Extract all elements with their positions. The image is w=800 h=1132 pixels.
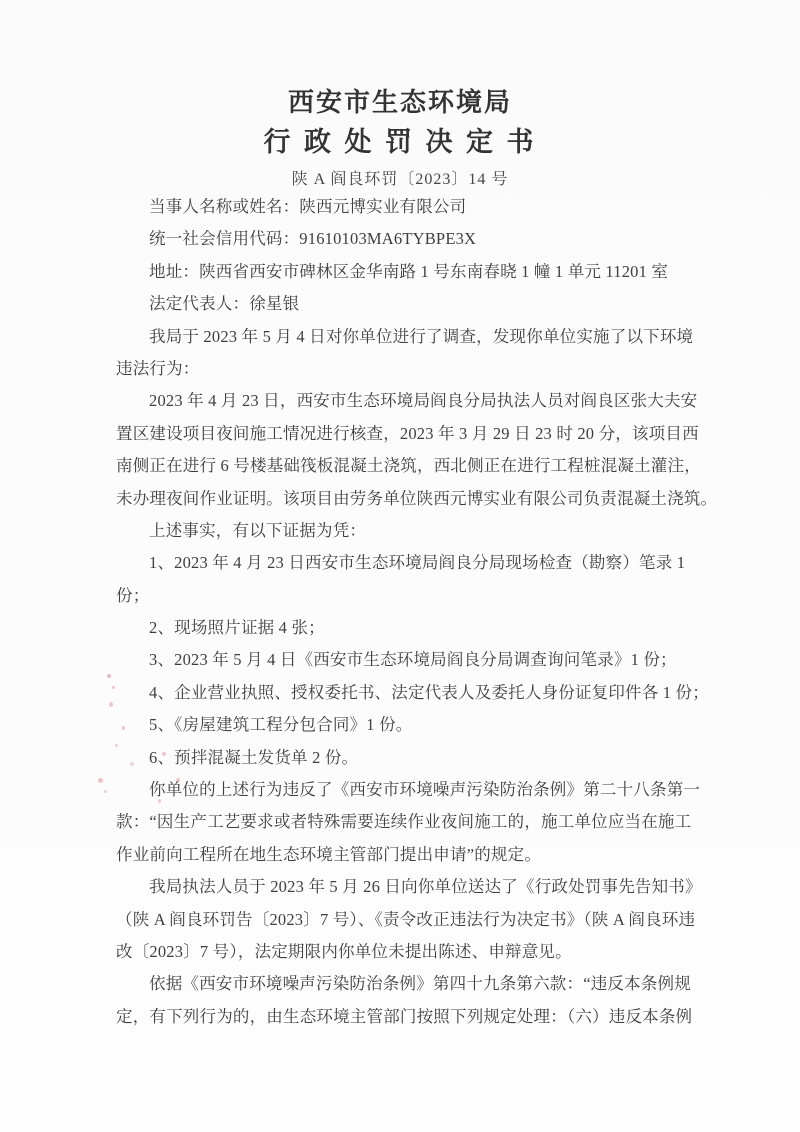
document-line: （陕 A 阎良环罚告〔2023〕7 号）、《责令改正违法行为决定书》（陕 A 阎… xyxy=(116,904,702,936)
document-line: 定，有下列行为的，由生态环境主管部门按照下列规定处理：（六）违反本条例 xyxy=(116,1001,702,1033)
document-line: 地址：陕西省西安市碑林区金华南路 1 号东南春晓 1 幢 1 单元 11201 … xyxy=(116,256,702,288)
document-header: 西安市生态环境局 行 政 处 罚 决 定 书 陕 A 阎良环罚〔2023〕14 … xyxy=(0,84,800,196)
red-ink-speckle xyxy=(104,790,107,793)
document-line: 2、现场照片证据 4 张； xyxy=(116,612,702,644)
document-line: 违法行为： xyxy=(116,353,702,385)
document-line: 款：“因生产工艺要求或者特殊需要连续作业夜间施工的，施工单位应当在施工 xyxy=(116,806,702,838)
document-line: 1、2023 年 4 月 23 日西安市生态环境局阎良分局现场检查（勘察）笔录 … xyxy=(116,547,702,579)
red-ink-speckle xyxy=(98,778,103,783)
red-ink-speckle xyxy=(107,674,111,678)
document-line: 改〔2023〕7 号），法定期限内你单位未提出陈述、申辩意见。 xyxy=(116,936,702,968)
document-line: 南侧正在进行 6 号楼基础筏板混凝土浇筑，西北侧正在进行工程桩混凝土灌注， xyxy=(116,450,702,482)
red-ink-speckle xyxy=(109,702,113,707)
document-line: 法定代表人：徐星银 xyxy=(116,288,702,320)
agency-name: 西安市生态环境局 xyxy=(0,84,800,120)
document-line: 上述事实，有以下证据为凭： xyxy=(116,515,702,547)
document-line: 当事人名称或姓名：陕西元博实业有限公司 xyxy=(116,191,702,223)
document-line: 我局执法人员于 2023 年 5 月 26 日向你单位送达了《行政处罚事先告知书… xyxy=(116,871,702,903)
document-line: 2023 年 4 月 23 日，西安市生态环境局阎良分局执法人员对阎良区张大夫安 xyxy=(116,385,702,417)
document-line: 6、预拌混凝土发货单 2 份。 xyxy=(116,742,702,774)
document-body: 当事人名称或姓名：陕西元博实业有限公司 统一社会信用代码：91610103MA6… xyxy=(116,191,702,1033)
document-line: 份； xyxy=(116,580,702,612)
document-line: 3、2023 年 5 月 4 日《西安市生态环境局阎良分局调查询问笔录》1 份； xyxy=(116,644,702,676)
document-line: 作业前向工程所在地生态环境主管部门提出申请”的规定。 xyxy=(116,839,702,871)
document-line: 未办理夜间作业证明。该项目由劳务单位陕西元博实业有限公司负责混凝土浇筑。 xyxy=(116,483,702,515)
red-ink-speckle xyxy=(112,686,115,689)
document-line: 我局于 2023 年 5 月 4 日对你单位进行了调查，发现你单位实施了以下环境 xyxy=(116,321,702,353)
document-line: 置区建设项目夜间施工情况进行核查，2023 年 3 月 29 日 23 时 20… xyxy=(116,418,702,450)
document-line: 依据《西安市环境噪声污染防治条例》第四十九条第六款：“违反本条例规 xyxy=(116,968,702,1000)
document-line: 5、《房屋建筑工程分包合同》1 份。 xyxy=(116,709,702,741)
document-line: 统一社会信用代码：91610103MA6TYBPE3X xyxy=(116,223,702,255)
document-title: 行 政 处 罚 决 定 书 xyxy=(0,120,800,164)
document-line: 4、企业营业执照、授权委托书、法定代表人及委托人身份证复印件各 1 份； xyxy=(116,677,702,709)
document-line: 你单位的上述行为违反了《西安市环境噪声污染防治条例》第二十八条第一 xyxy=(116,774,702,806)
scanned-document-page: 西安市生态环境局 行 政 处 罚 决 定 书 陕 A 阎良环罚〔2023〕14 … xyxy=(0,0,800,1132)
